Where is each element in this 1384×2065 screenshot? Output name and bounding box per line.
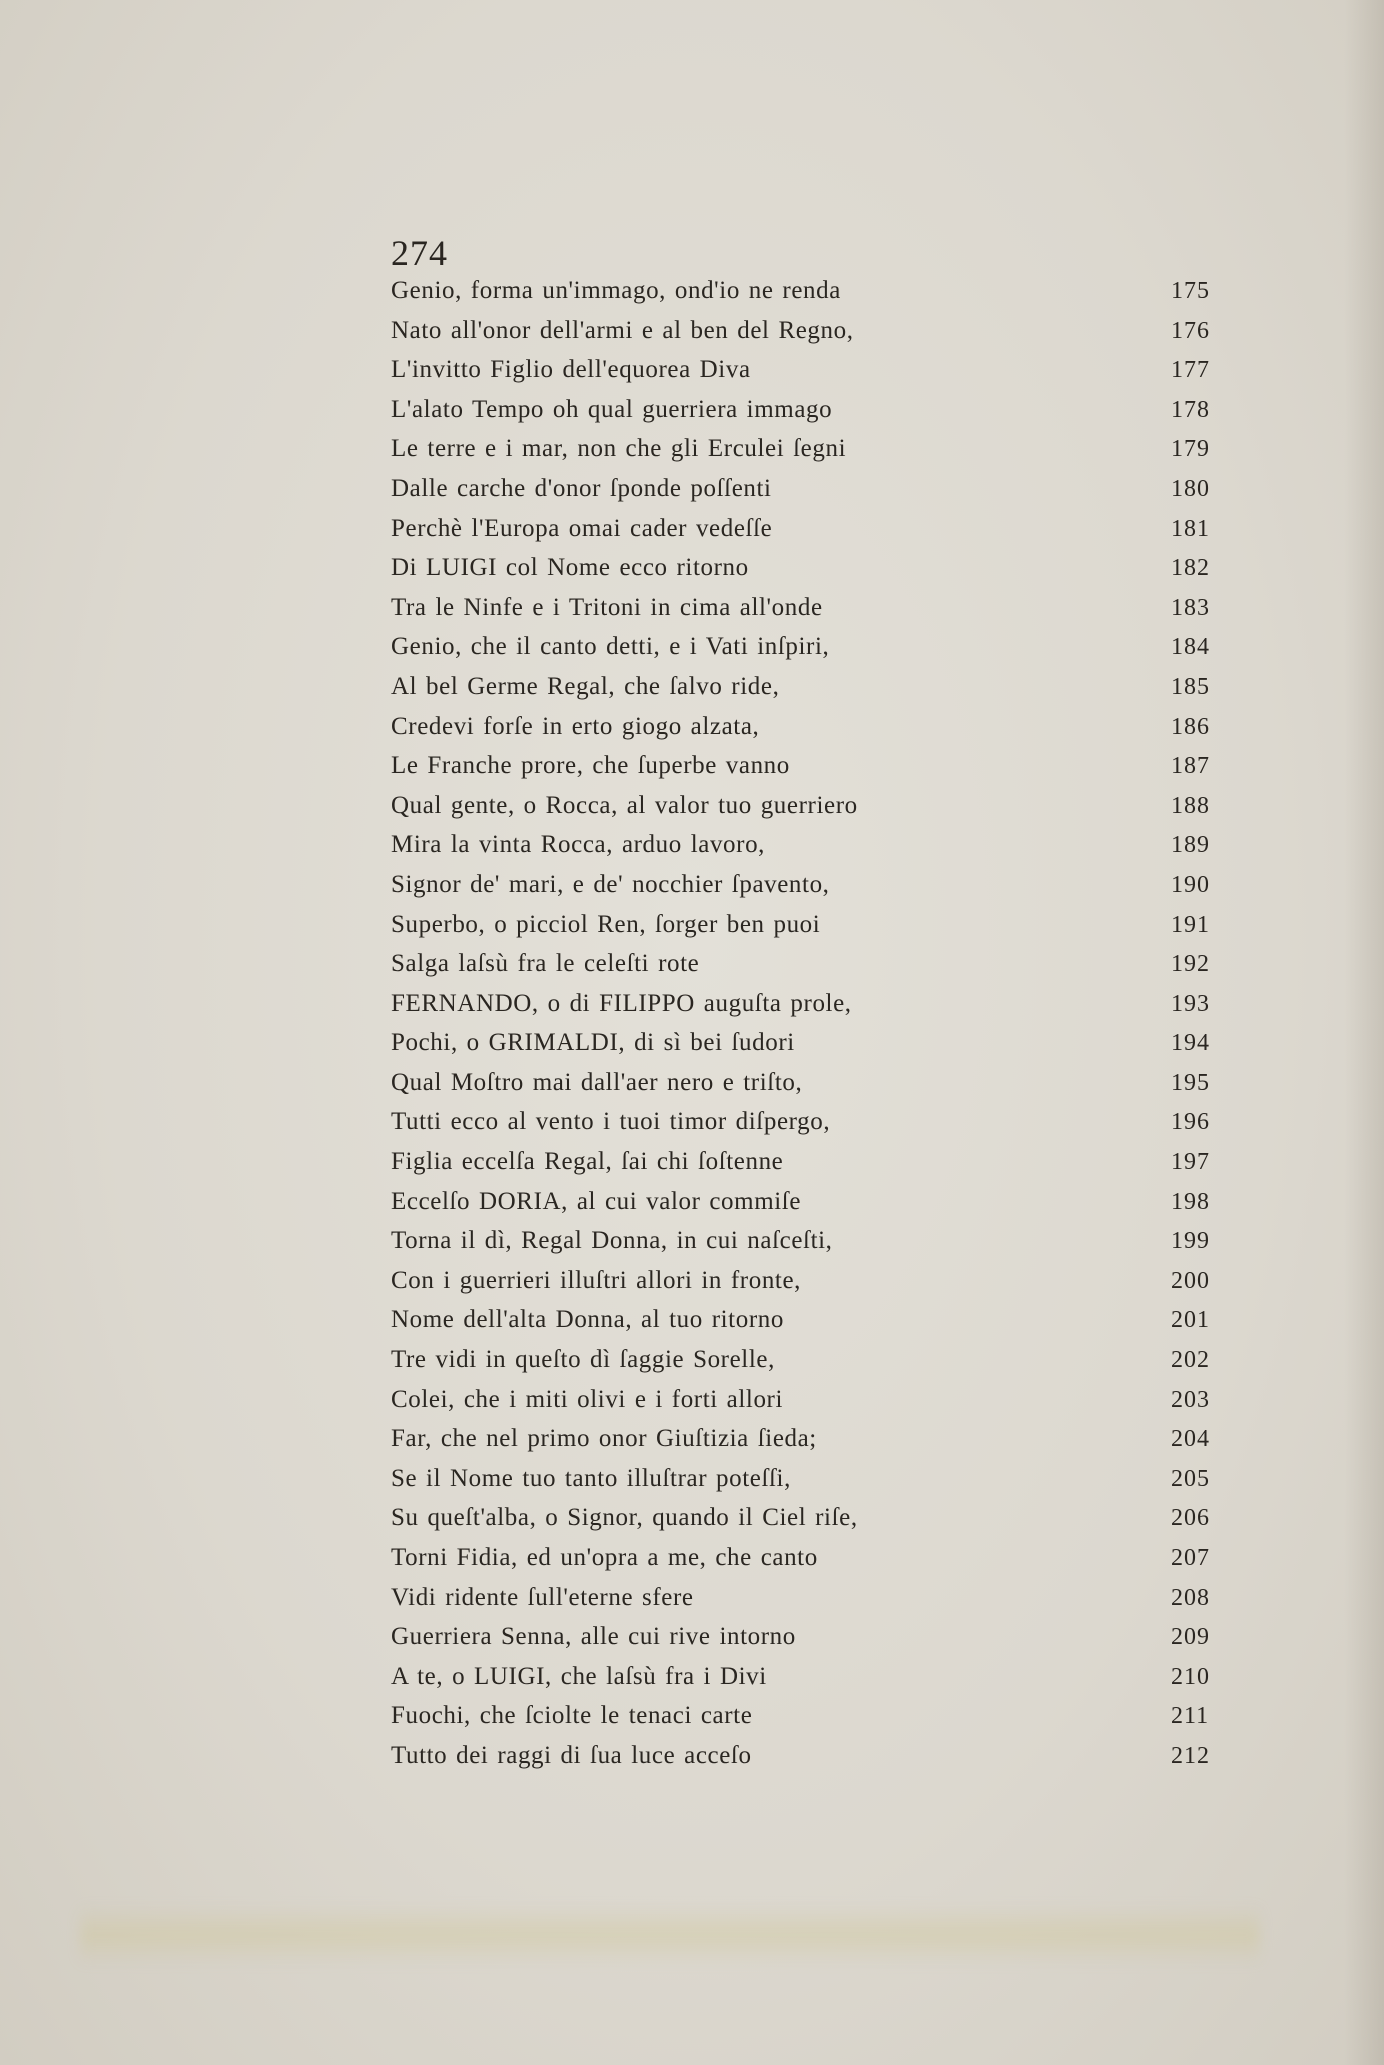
index-entry: Guerriera Senna, alle cui rive intorno20… (391, 1623, 1231, 1663)
index-entry-first-line: Le Franche prore, che ſuperbe vanno (391, 752, 790, 780)
index-entry-first-line: Salga laſsù fra le celeſti rote (391, 950, 699, 978)
index-entry: FERNANDO, o di FILIPPO auguſta prole,193 (391, 990, 1231, 1030)
index-entry: A te, o LUIGI, che laſsù fra i Divi210 (391, 1663, 1231, 1703)
index-entry: Con i guerrieri illuſtri allori in front… (391, 1267, 1231, 1307)
index-entry-first-line: Pochi, o GRIMALDI, di sì bei ſudori (391, 1029, 795, 1057)
index-entry: Le Franche prore, che ſuperbe vanno187 (391, 752, 1231, 792)
index-entry-page-number: 196 (1171, 1109, 1231, 1136)
index-entry: Far, che nel primo onor Giuſtizia ſieda;… (391, 1425, 1231, 1465)
index-entry-first-line: Tutti ecco al vento i tuoi timor diſperg… (391, 1108, 830, 1136)
index-entry-first-line: Se il Nome tuo tanto illuſtrar poteſſi, (391, 1465, 791, 1493)
index-entry: Di LUIGI col Nome ecco ritorno182 (391, 554, 1231, 594)
index-entry: Tutto dei raggi di ſua luce acceſo212 (391, 1742, 1231, 1782)
index-entry: L'alato Tempo oh qual guerriera immago17… (391, 396, 1231, 436)
index-entry-page-number: 205 (1171, 1466, 1231, 1493)
index-entry-page-number: 184 (1171, 634, 1231, 661)
index-entry-first-line: Qual gente, o Rocca, al valor tuo guerri… (391, 792, 858, 820)
index-entry-page-number: 181 (1171, 516, 1231, 543)
index-entry-first-line: FERNANDO, o di FILIPPO auguſta prole, (391, 990, 852, 1018)
index-entry-page-number: 197 (1171, 1149, 1231, 1176)
index-entry: Fuochi, che ſciolte le tenaci carte211 (391, 1702, 1231, 1742)
index-entry: Genio, che il canto detti, e i Vati inſp… (391, 633, 1231, 673)
index-entry-page-number: 189 (1171, 832, 1231, 859)
index-entry: Genio, forma un'immago, ond'io ne renda1… (391, 277, 1231, 317)
index-entry-page-number: 186 (1171, 714, 1231, 741)
index-entry: Le terre e i mar, non che gli Erculei ſe… (391, 435, 1231, 475)
index-entry-first-line: Vidi ridente ſull'eterne sfere (391, 1584, 694, 1612)
index-list: Genio, forma un'immago, ond'io ne renda1… (391, 277, 1231, 1782)
index-entry-page-number: 192 (1171, 951, 1231, 978)
index-entry-page-number: 193 (1171, 991, 1231, 1018)
index-entry-first-line: Colei, che i miti olivi e i forti allori (391, 1386, 783, 1414)
index-entry-page-number: 182 (1171, 555, 1231, 582)
index-entry-first-line: Perchè l'Europa omai cader vedeſſe (391, 515, 772, 543)
index-entry-first-line: Tra le Ninfe e i Tritoni in cima all'ond… (391, 594, 823, 622)
index-entry-first-line: Far, che nel primo onor Giuſtizia ſieda; (391, 1425, 817, 1453)
index-entry-page-number: 212 (1171, 1743, 1231, 1770)
index-entry: Tutti ecco al vento i tuoi timor diſperg… (391, 1108, 1231, 1148)
index-entry-first-line: L'invitto Figlio dell'equorea Diva (391, 356, 751, 384)
index-entry-page-number: 194 (1171, 1030, 1231, 1057)
index-entry-first-line: Nato all'onor dell'armi e al ben del Reg… (391, 317, 854, 345)
index-entry: Signor de' mari, e de' nocchier ſpavento… (391, 871, 1231, 911)
index-entry: Torni Fidia, ed un'opra a me, che canto2… (391, 1544, 1231, 1584)
index-entry-first-line: Su queſt'alba, o Signor, quando il Ciel … (391, 1504, 858, 1532)
index-entry-page-number: 204 (1171, 1426, 1231, 1453)
index-entry: Torna il dì, Regal Donna, in cui naſceſt… (391, 1227, 1231, 1267)
index-entry: Vidi ridente ſull'eterne sfere208 (391, 1584, 1231, 1624)
index-entry-page-number: 187 (1171, 753, 1231, 780)
index-entry-first-line: Signor de' mari, e de' nocchier ſpavento… (391, 871, 830, 899)
index-entry: Nato all'onor dell'armi e al ben del Reg… (391, 317, 1231, 357)
index-entry-page-number: 206 (1171, 1505, 1231, 1532)
index-entry-page-number: 208 (1171, 1585, 1231, 1612)
index-entry-page-number: 209 (1171, 1624, 1231, 1651)
index-entry-first-line: Con i guerrieri illuſtri allori in front… (391, 1267, 801, 1295)
index-entry: Qual Moſtro mai dall'aer nero e triſto,1… (391, 1069, 1231, 1109)
index-entry: Se il Nome tuo tanto illuſtrar poteſſi,2… (391, 1465, 1231, 1505)
index-entry: Tre vidi in queſto dì ſaggie Sorelle,202 (391, 1346, 1231, 1386)
index-entry-page-number: 177 (1171, 357, 1231, 384)
index-entry-page-number: 195 (1171, 1070, 1231, 1097)
index-entry-page-number: 191 (1171, 912, 1231, 939)
index-entry: Eccelſo DORIA, al cui valor commiſe198 (391, 1188, 1231, 1228)
index-entry: Al bel Germe Regal, che ſalvo ride,185 (391, 673, 1231, 713)
index-entry-page-number: 198 (1171, 1189, 1231, 1216)
index-entry-page-number: 190 (1171, 872, 1231, 899)
index-entry-first-line: Torni Fidia, ed un'opra a me, che canto (391, 1544, 818, 1572)
index-entry-first-line: L'alato Tempo oh qual guerriera immago (391, 396, 832, 424)
index-entry-page-number: 202 (1171, 1347, 1231, 1374)
index-entry-first-line: A te, o LUIGI, che laſsù fra i Divi (391, 1663, 767, 1691)
index-entry-first-line: Figlia eccelſa Regal, ſai chi ſoſtenne (391, 1148, 783, 1176)
index-entry-first-line: Di LUIGI col Nome ecco ritorno (391, 554, 749, 582)
index-entry-first-line: Credevi forſe in erto giogo alzata, (391, 713, 759, 741)
index-entry-first-line: Genio, forma un'immago, ond'io ne renda (391, 277, 841, 305)
index-entry-first-line: Mira la vinta Rocca, arduo lavoro, (391, 831, 765, 859)
index-entry-page-number: 175 (1171, 278, 1231, 305)
index-entry-first-line: Al bel Germe Regal, che ſalvo ride, (391, 673, 779, 701)
index-entry-page-number: 188 (1171, 793, 1231, 820)
index-entry: Salga laſsù fra le celeſti rote192 (391, 950, 1231, 990)
page-edge-shadow (1344, 0, 1384, 2065)
index-entry-first-line: Tutto dei raggi di ſua luce acceſo (391, 1742, 752, 1770)
index-entry-page-number: 180 (1171, 476, 1231, 503)
index-entry-first-line: Genio, che il canto detti, e i Vati inſp… (391, 633, 829, 661)
index-entry-page-number: 178 (1171, 397, 1231, 424)
index-entry: Pochi, o GRIMALDI, di sì bei ſudori194 (391, 1029, 1231, 1069)
index-entry-page-number: 179 (1171, 436, 1231, 463)
index-entry-page-number: 210 (1171, 1664, 1231, 1691)
index-entry-first-line: Torna il dì, Regal Donna, in cui naſceſt… (391, 1227, 833, 1255)
water-stain (80, 1905, 1260, 1965)
index-entry: Dalle carche d'onor ſponde poſſenti180 (391, 475, 1231, 515)
index-entry-page-number: 207 (1171, 1545, 1231, 1572)
index-entry-page-number: 185 (1171, 674, 1231, 701)
index-entry: Superbo, o picciol Ren, ſorger ben puoi1… (391, 911, 1231, 951)
index-entry-first-line: Qual Moſtro mai dall'aer nero e triſto, (391, 1069, 802, 1097)
index-entry-page-number: 183 (1171, 595, 1231, 622)
index-entry-first-line: Le terre e i mar, non che gli Erculei ſe… (391, 435, 846, 463)
index-entry-first-line: Eccelſo DORIA, al cui valor commiſe (391, 1188, 801, 1216)
index-entry: Figlia eccelſa Regal, ſai chi ſoſtenne19… (391, 1148, 1231, 1188)
index-entry-page-number: 176 (1171, 318, 1231, 345)
index-entry-page-number: 201 (1171, 1307, 1231, 1334)
index-entry-first-line: Nome dell'alta Donna, al tuo ritorno (391, 1306, 784, 1334)
index-entry-first-line: Superbo, o picciol Ren, ſorger ben puoi (391, 911, 820, 939)
index-entry: Qual gente, o Rocca, al valor tuo guerri… (391, 792, 1231, 832)
index-entry: Su queſt'alba, o Signor, quando il Ciel … (391, 1504, 1231, 1544)
index-entry-first-line: Tre vidi in queſto dì ſaggie Sorelle, (391, 1346, 775, 1374)
index-entry: Mira la vinta Rocca, arduo lavoro,189 (391, 831, 1231, 871)
index-entry: Perchè l'Europa omai cader vedeſſe181 (391, 515, 1231, 555)
index-entry-first-line: Dalle carche d'onor ſponde poſſenti (391, 475, 772, 503)
index-entry-first-line: Guerriera Senna, alle cui rive intorno (391, 1623, 796, 1651)
index-entry: L'invitto Figlio dell'equorea Diva177 (391, 356, 1231, 396)
index-entry: Colei, che i miti olivi e i forti allori… (391, 1386, 1231, 1426)
index-entry-first-line: Fuochi, che ſciolte le tenaci carte (391, 1702, 752, 1730)
index-entry-page-number: 203 (1171, 1387, 1231, 1414)
index-entry: Tra le Ninfe e i Tritoni in cima all'ond… (391, 594, 1231, 634)
page-number: 274 (391, 232, 448, 274)
index-entry: Nome dell'alta Donna, al tuo ritorno201 (391, 1306, 1231, 1346)
index-entry: Credevi forſe in erto giogo alzata,186 (391, 713, 1231, 753)
index-entry-page-number: 199 (1171, 1228, 1231, 1255)
index-entry-page-number: 200 (1171, 1268, 1231, 1295)
index-entry-page-number: 211 (1171, 1703, 1231, 1730)
